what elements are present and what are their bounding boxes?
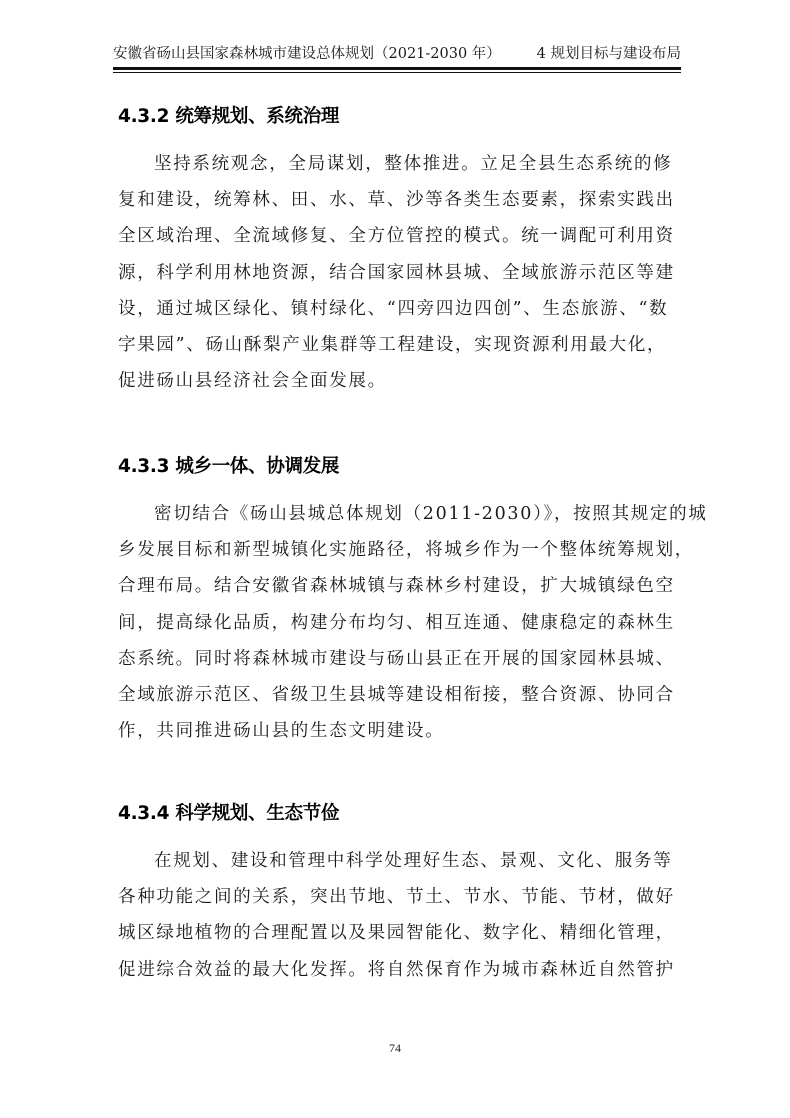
page-header: 安徽省砀山县国家森林城市建设总体规划（2021-2030 年） 4 规划目标与建… [113,44,681,64]
paragraph-line: 在规划、建设和管理中科学处理好生态、景观、文化、服务等 [118,843,678,879]
header-chapter-title: 4 规划目标与建设布局 [537,44,681,64]
section-paragraph-4-3-2: 坚持系统观念，全局谋划，整体推进。立足全县生态系统的修 复和建设，统筹林、田、水… [118,146,678,399]
paragraph-line: 字果园”、砀山酥梨产业集群等工程建设，实现资源利用最大化， [118,327,678,363]
paragraph-line: 坚持系统观念，全局谋划，整体推进。立足全县生态系统的修 [118,146,678,182]
section-heading-4-3-3: 4.3.3 城乡一体、协调发展 [118,455,339,479]
paragraph-line: 作，共同推进砀山县的生态文明建设。 [118,713,678,749]
paragraph-line: 间，提高绿化品质，构建分布均匀、相互连通、健康稳定的森林生 [118,605,678,641]
paragraph-line: 城区绿地植物的合理配置以及果园智能化、数字化、精细化管理， [118,915,678,951]
header-document-title: 安徽省砀山县国家森林城市建设总体规划（2021-2030 年） [113,44,501,64]
section-heading-4-3-2: 4.3.2 统筹规划、系统治理 [118,105,339,129]
paragraph-line: 设，通过城区绿化、镇村绿化、“四旁四边四创”、生态旅游、“数 [118,291,678,327]
paragraph-line: 密切结合《砀山县城总体规划（2011-2030）》，按照其规定的城 [118,496,678,532]
header-rule-thick [113,67,681,70]
page-number: 74 [0,1041,790,1056]
header-rule-thin [113,72,681,73]
section-paragraph-4-3-4: 在规划、建设和管理中科学处理好生态、景观、文化、服务等 各种功能之间的关系，突出… [118,843,678,988]
paragraph-line: 源，科学利用林地资源，结合国家园林县城、全域旅游示范区等建 [118,255,678,291]
paragraph-line: 全域旅游示范区、省级卫生县城等建设相衔接，整合资源、协同合 [118,677,678,713]
paragraph-line: 促进综合效益的最大化发挥。将自然保育作为城市森林近自然管护 [118,952,678,988]
paragraph-line: 合理布局。结合安徽省森林城镇与森林乡村建设，扩大城镇绿色空 [118,568,678,604]
paragraph-line: 各种功能之间的关系，突出节地、节土、节水、节能、节材，做好 [118,879,678,915]
paragraph-line: 全区域治理、全流域修复、全方位管控的模式。统一调配可利用资 [118,218,678,254]
paragraph-line: 态系统。同时将森林城市建设与砀山县正在开展的国家园林县城、 [118,641,678,677]
section-heading-4-3-4: 4.3.4 科学规划、生态节俭 [118,802,339,826]
paragraph-line: 复和建设，统筹林、田、水、草、沙等各类生态要素，探索实践出 [118,182,678,218]
section-paragraph-4-3-3: 密切结合《砀山县城总体规划（2011-2030）》，按照其规定的城 乡发展目标和… [118,496,678,749]
paragraph-line: 乡发展目标和新型城镇化实施路径，将城乡作为一个整体统筹规划， [118,532,678,568]
paragraph-line: 促进砀山县经济社会全面发展。 [118,363,678,399]
